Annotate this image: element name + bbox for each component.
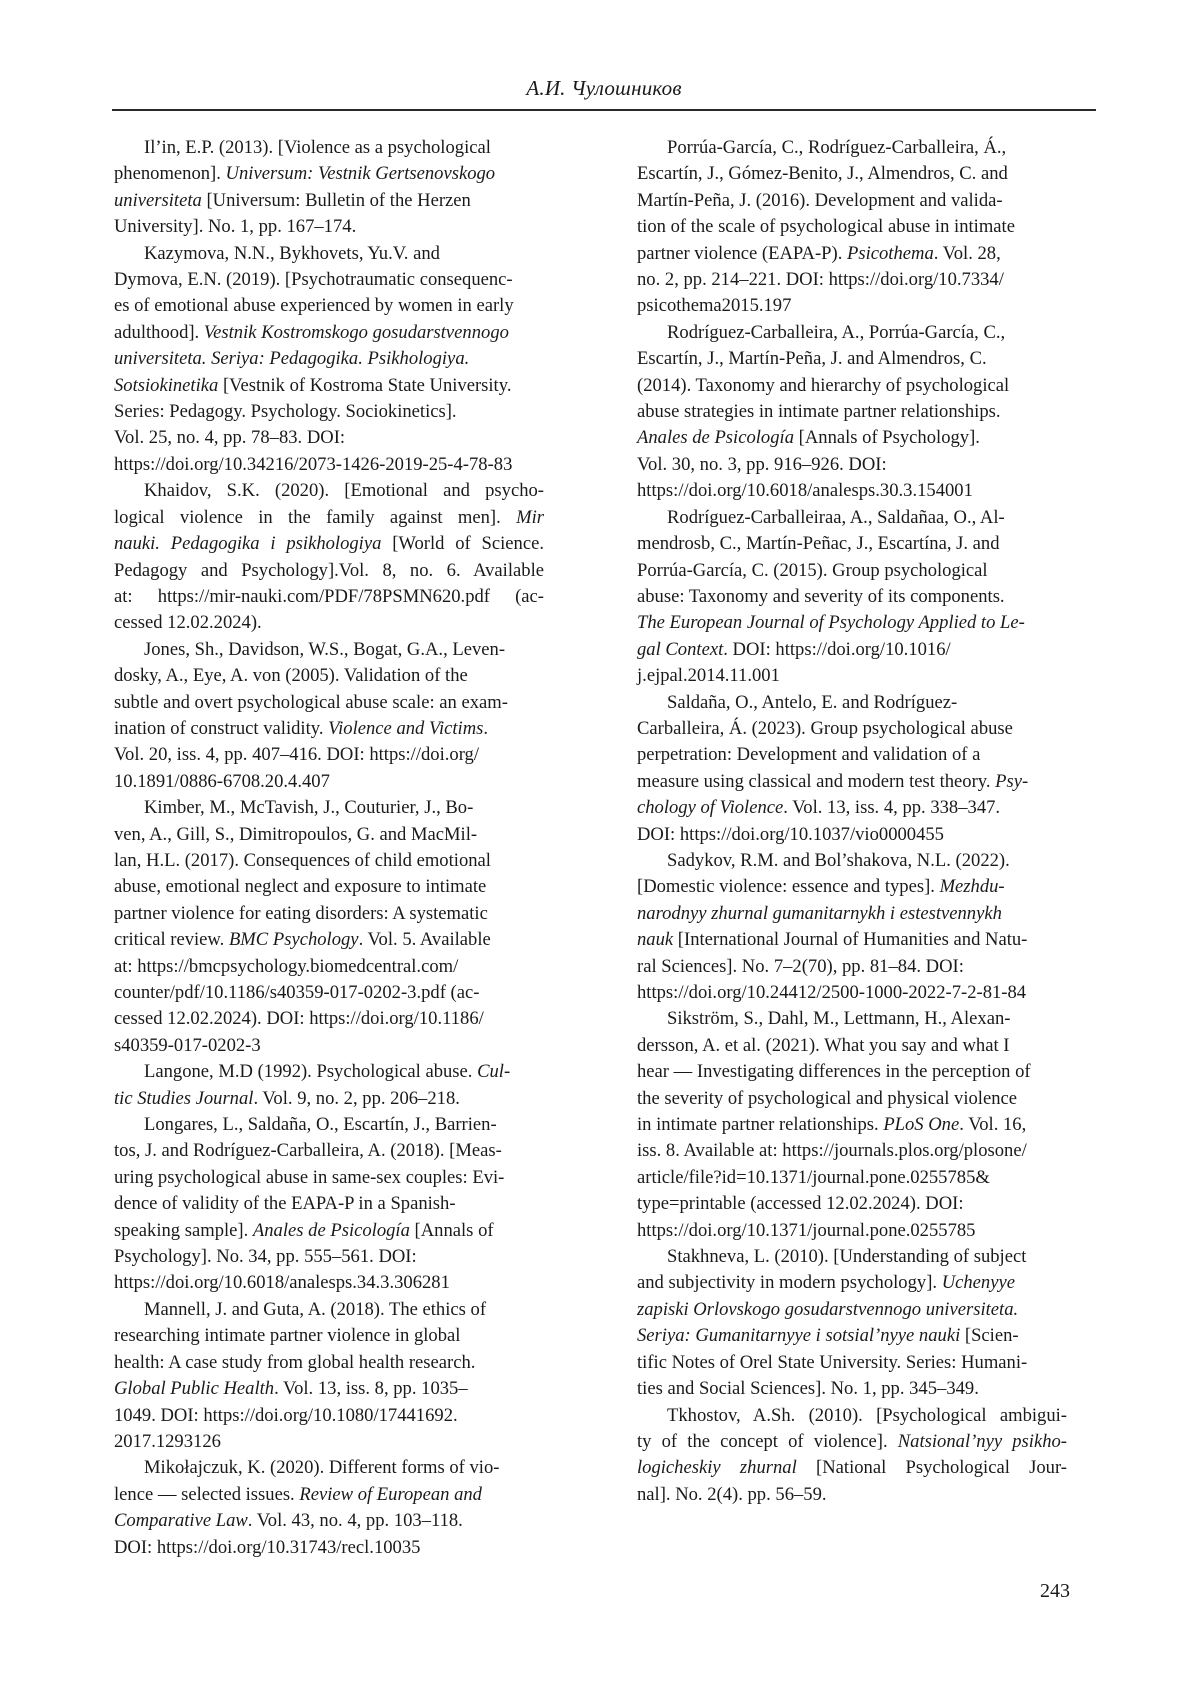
text-segment: ties and Social Sciences]. No. 1, pp. 34…: [637, 1378, 979, 1399]
reference-line: University]. No. 1, pp. 167–174.: [114, 214, 544, 240]
reference-line: Jones, Sh., Davidson, W.S., Bogat, G.A.,…: [114, 637, 544, 663]
reference-line: abuse, emotional neglect and exposure to…: [114, 874, 544, 900]
text-segment: Martín-Peña, J. (2016). Development and …: [637, 190, 1003, 211]
reference-line: critical review. BMC Psychology. Vol. 5.…: [114, 927, 544, 953]
reference-entry: Stakhneva, L. (2010). [Understanding of …: [637, 1244, 1067, 1402]
text-segment: dersson, A. et al. (2021). What you say …: [637, 1035, 1009, 1056]
text-segment: Rodríguez-Carballeiraa, A., Saldañaa, O.…: [667, 507, 1005, 528]
text-segment: [World of Science.: [381, 533, 544, 554]
reference-line: logical violence in the family against m…: [114, 505, 544, 531]
text-segment: [International Journal of Humanities and…: [673, 929, 1027, 950]
italic-title-segment: nauk: [637, 929, 673, 950]
reference-line: dence of validity of the EAPA-P in a Spa…: [114, 1191, 544, 1217]
text-segment: phenomenon].: [114, 163, 226, 184]
reference-line: Porrúa-García, C., Rodríguez-Carballeira…: [637, 135, 1067, 161]
reference-line: Vol. 30, no. 3, pp. 916–926. DOI:: [637, 452, 1067, 478]
reference-line: in intimate partner relationships. PLoS …: [637, 1112, 1067, 1138]
text-segment: at: https://mir-nauki.com/PDF/78PSMN620.…: [114, 586, 544, 607]
text-segment: and subjectivity in modern psychology].: [637, 1272, 942, 1293]
reference-line: [Domestic violence: essence and types]. …: [637, 874, 1067, 900]
text-segment: (2014). Taxonomy and hierarchy of psycho…: [637, 375, 1009, 396]
text-segment: Mannell, J. and Guta, A. (2018). The eth…: [144, 1299, 486, 1320]
reference-line: Pedagogy and Psychology].Vol. 8, no. 6. …: [114, 558, 544, 584]
text-segment: lan, H.L. (2017). Consequences of child …: [114, 850, 491, 871]
text-segment: nal]. No. 2(4). pp. 56–59.: [637, 1484, 827, 1505]
text-segment: in intimate partner relationships.: [637, 1114, 883, 1135]
header-rule: [112, 109, 1096, 111]
reference-line: measure using classical and modern test …: [637, 769, 1067, 795]
reference-line: Sotsiokinetika [Vestnik of Kostroma Stat…: [114, 373, 544, 399]
reference-line: dersson, A. et al. (2021). What you say …: [637, 1033, 1067, 1059]
reference-line: es of emotional abuse experienced by wom…: [114, 293, 544, 319]
reference-line: (2014). Taxonomy and hierarchy of psycho…: [637, 373, 1067, 399]
text-segment: Rodríguez-Carballeira, A., Porrúa-García…: [667, 322, 1005, 343]
italic-title-segment: Review of European and: [299, 1484, 482, 1505]
italic-title-segment: Psicothema: [847, 243, 934, 264]
text-segment: counter/pdf/10.1186/s40359-017-0202-3.pd…: [114, 982, 479, 1003]
reference-line: no. 2, pp. 214–221. DOI: https://doi.org…: [637, 267, 1067, 293]
text-segment: Stakhneva, L. (2010). [Understanding of …: [667, 1246, 1026, 1267]
reference-list-left-column: Il’in, E.P. (2013). [Violence as a psych…: [114, 135, 544, 1561]
text-segment: measure using classical and modern test …: [637, 771, 995, 792]
text-segment: . Vol. 13, iss. 4, pp. 338–347.: [783, 797, 1000, 818]
italic-title-segment: The European Journal of Psychology Appli…: [637, 612, 1025, 633]
text-segment: . Vol. 43, no. 4, pp. 103–118.: [248, 1510, 463, 1531]
reference-entry: Rodríguez-Carballeira, A., Porrúa-García…: [637, 320, 1067, 505]
text-segment: Psychology]. No. 34, pp. 555–561. DOI:: [114, 1246, 417, 1267]
text-segment: ven, A., Gill, S., Dimitropoulos, G. and…: [114, 824, 477, 845]
reference-line: Carballeira, Á. (2023). Group psychologi…: [637, 716, 1067, 742]
reference-line: lan, H.L. (2017). Consequences of child …: [114, 848, 544, 874]
reference-line: Porrúa-García, C. (2015). Group psycholo…: [637, 558, 1067, 584]
italic-title-segment: Anales de Psicología: [253, 1220, 410, 1241]
reference-line: gal Context. DOI: https://doi.org/10.101…: [637, 637, 1067, 663]
page-number: 243: [1040, 1580, 1070, 1603]
text-segment: tos, J. and Rodríguez-Carballeira, A. (2…: [114, 1140, 502, 1161]
text-segment: Tkhostov, A.Sh. (2010). [Psychological a…: [667, 1405, 1067, 1426]
reference-line: narodnyy zhurnal gumanitarnykh i estestv…: [637, 901, 1067, 927]
text-segment: Porrúa-García, C. (2015). Group psycholo…: [637, 560, 988, 581]
reference-line: dosky, A., Eye, A. von (2005). Validatio…: [114, 663, 544, 689]
reference-line: abuse strategies in intimate partner rel…: [637, 399, 1067, 425]
reference-line: ination of construct validity. Violence …: [114, 716, 544, 742]
reference-line: nal]. No. 2(4). pp. 56–59.: [637, 1482, 1067, 1508]
text-segment: 10.1891/0886-6708.20.4.407: [114, 771, 330, 792]
text-segment: partner violence for eating disorders: A…: [114, 903, 488, 924]
reference-entry: Saldaña, O., Antelo, E. and Rodríguez-Ca…: [637, 690, 1067, 848]
reference-line: 2017.1293126: [114, 1429, 544, 1455]
text-segment: https://doi.org/10.6018/analesps.30.3.15…: [637, 480, 973, 501]
text-segment: psicothema2015.197: [637, 295, 791, 316]
reference-line: Seriya: Gumanitarnyye i sotsial’nyye nau…: [637, 1323, 1067, 1349]
text-segment: Escartín, J., Gómez-Benito, J., Almendro…: [637, 163, 1008, 184]
text-segment: no. 2, pp. 214–221. DOI: https://doi.org…: [637, 269, 1004, 290]
text-segment: . Vol. 16,: [959, 1114, 1026, 1135]
text-segment: https://doi.org/10.34216/2073-1426-2019-…: [114, 454, 512, 475]
text-segment: adulthood].: [114, 322, 204, 343]
reference-line: iss. 8. Available at: https://journals.p…: [637, 1138, 1067, 1164]
text-segment: health: A case study from global health …: [114, 1352, 475, 1373]
reference-line: abuse: Taxonomy and severity of its comp…: [637, 584, 1067, 610]
reference-line: Sadykov, R.M. and Bol’shakova, N.L. (202…: [637, 848, 1067, 874]
reference-line: Longares, L., Saldaña, O., Escartín, J.,…: [114, 1112, 544, 1138]
reference-line: https://doi.org/10.24412/2500-1000-2022-…: [637, 980, 1067, 1006]
reference-entry: Tkhostov, A.Sh. (2010). [Psychological a…: [637, 1403, 1067, 1509]
text-segment: at: https://bmcpsychology.biomedcentral.…: [114, 956, 458, 977]
text-segment: lence — selected issues.: [114, 1484, 299, 1505]
reference-line: at: https://mir-nauki.com/PDF/78PSMN620.…: [114, 584, 544, 610]
reference-line: Escartín, J., Gómez-Benito, J., Almendro…: [637, 161, 1067, 187]
reference-line: nauk [International Journal of Humanitie…: [637, 927, 1067, 953]
text-segment: ty of the concept of violence].: [637, 1431, 898, 1452]
italic-title-segment: Psy-: [995, 771, 1028, 792]
reference-entry: Mannell, J. and Guta, A. (2018). The eth…: [114, 1297, 544, 1455]
reference-entry: Rodríguez-Carballeiraa, A., Saldañaa, O.…: [637, 505, 1067, 690]
reference-line: speaking sample]. Anales de Psicología […: [114, 1218, 544, 1244]
reference-entry: Longares, L., Saldaña, O., Escartín, J.,…: [114, 1112, 544, 1297]
reference-line: The European Journal of Psychology Appli…: [637, 610, 1067, 636]
text-segment: tion of the scale of psychological abuse…: [637, 216, 1015, 237]
text-segment: 1049. DOI: https://doi.org/10.1080/17441…: [114, 1405, 458, 1426]
reference-line: zapiski Orlovskogo gosudarstvennogo univ…: [637, 1297, 1067, 1323]
text-segment: mendrosb, C., Martín-Peñac, J., Escartín…: [637, 533, 1000, 554]
italic-title-segment: nauki. Pedagogika i psikhologiya: [114, 533, 381, 554]
running-header-author: А.И. Чулошников: [112, 76, 1096, 101]
text-segment: Longares, L., Saldaña, O., Escartín, J.,…: [144, 1114, 497, 1135]
text-segment: . Vol. 5. Available: [359, 929, 491, 950]
reference-line: mendrosb, C., Martín-Peñac, J., Escartín…: [637, 531, 1067, 557]
text-segment: Series: Pedagogy. Psychology. Sociokinet…: [114, 401, 457, 422]
reference-line: 1049. DOI: https://doi.org/10.1080/17441…: [114, 1403, 544, 1429]
reference-line: partner violence (EAPA-P). Psicothema. V…: [637, 241, 1067, 267]
reference-line: Mannell, J. and Guta, A. (2018). The eth…: [114, 1297, 544, 1323]
italic-title-segment: universiteta. Seriya: Pedagogika. Psikho…: [114, 348, 469, 369]
text-segment: Kazymova, N.N., Bykhovets, Yu.V. and: [144, 243, 440, 264]
reference-line: partner violence for eating disorders: A…: [114, 901, 544, 927]
reference-line: DOI: https://doi.org/10.1037/vio0000455: [637, 822, 1067, 848]
text-segment: dence of validity of the EAPA-P in a Spa…: [114, 1193, 456, 1214]
italic-title-segment: Mir: [516, 507, 544, 528]
text-segment: ral Sciences]. No. 7–2(70), pp. 81–84. D…: [637, 956, 964, 977]
italic-title-segment: Vestnik Kostromskogo gosudarstvennogo: [204, 322, 509, 343]
reference-line: type=printable (accessed 12.02.2024). DO…: [637, 1191, 1067, 1217]
italic-title-segment: zapiski Orlovskogo gosudarstvennogo univ…: [637, 1299, 1018, 1320]
italic-title-segment: tic Studies Journal: [114, 1088, 253, 1109]
reference-entry: Sadykov, R.M. and Bol’shakova, N.L. (202…: [637, 848, 1067, 1006]
reference-line: the severity of psychological and physic…: [637, 1086, 1067, 1112]
reference-line: nauki. Pedagogika i psikhologiya [World …: [114, 531, 544, 557]
reference-line: psicothema2015.197: [637, 293, 1067, 319]
reference-line: Langone, M.D (1992). Psychological abuse…: [114, 1059, 544, 1085]
reference-line: uring psychological abuse in same-sex co…: [114, 1165, 544, 1191]
italic-title-segment: Natsional’nyy psikho-: [898, 1431, 1067, 1452]
reference-line: subtle and overt psychological abuse sca…: [114, 690, 544, 716]
reference-line: Sikström, S., Dahl, M., Lettmann, H., Al…: [637, 1006, 1067, 1032]
reference-line: Psychology]. No. 34, pp. 555–561. DOI:: [114, 1244, 544, 1270]
italic-title-segment: Mezhdu-: [940, 876, 1005, 897]
italic-title-segment: Anales de Psicología: [637, 427, 794, 448]
reference-line: https://doi.org/10.6018/analesps.34.3.30…: [114, 1270, 544, 1296]
text-segment: article/file?id=10.1371/journal.pone.025…: [637, 1167, 990, 1188]
text-segment: Vol. 30, no. 3, pp. 916–926. DOI:: [637, 454, 887, 475]
text-segment: speaking sample].: [114, 1220, 253, 1241]
reference-line: ven, A., Gill, S., Dimitropoulos, G. and…: [114, 822, 544, 848]
reference-line: Khaidov, S.K. (2020). [Emotional and psy…: [114, 478, 544, 504]
reference-entry: Jones, Sh., Davidson, W.S., Bogat, G.A.,…: [114, 637, 544, 795]
reference-line: https://doi.org/10.34216/2073-1426-2019-…: [114, 452, 544, 478]
reference-entry: Il’in, E.P. (2013). [Violence as a psych…: [114, 135, 544, 241]
text-segment: iss. 8. Available at: https://journals.p…: [637, 1140, 1027, 1161]
text-segment: researching intimate partner violence in…: [114, 1325, 460, 1346]
reference-line: Mikołajczuk, K. (2020). Different forms …: [114, 1455, 544, 1481]
reference-entry: Kimber, M., McTavish, J., Couturier, J.,…: [114, 795, 544, 1059]
text-segment: Langone, M.D (1992). Psychological abuse…: [144, 1061, 477, 1082]
text-segment: Escartín, J., Martín-Peña, J. and Almend…: [637, 348, 987, 369]
reference-line: Rodríguez-Carballeiraa, A., Saldañaa, O.…: [637, 505, 1067, 531]
reference-line: Saldaña, O., Antelo, E. and Rodríguez-: [637, 690, 1067, 716]
reference-line: tific Notes of Orel State University. Se…: [637, 1350, 1067, 1376]
text-segment: DOI: https://doi.org/10.31743/recl.10035: [114, 1537, 420, 1558]
reference-entry: Langone, M.D (1992). Psychological abuse…: [114, 1059, 544, 1112]
text-segment: cessed 12.02.2024). DOI: https://doi.org…: [114, 1008, 484, 1029]
reference-line: lence — selected issues. Review of Europ…: [114, 1482, 544, 1508]
reference-line: ral Sciences]. No. 7–2(70), pp. 81–84. D…: [637, 954, 1067, 980]
reference-entry: Mikołajczuk, K. (2020). Different forms …: [114, 1455, 544, 1561]
reference-line: chology of Violence. Vol. 13, iss. 4, pp…: [637, 795, 1067, 821]
reference-line: researching intimate partner violence in…: [114, 1323, 544, 1349]
italic-title-segment: Global Public Health: [114, 1378, 274, 1399]
text-segment: Dymova, E.N. (2019). [Psychotraumatic co…: [114, 269, 513, 290]
reference-entry: Porrúa-García, C., Rodríguez-Carballeira…: [637, 135, 1067, 320]
italic-title-segment: Comparative Law: [114, 1510, 248, 1531]
reference-line: perpetration: Development and validation…: [637, 742, 1067, 768]
text-segment: Sadykov, R.M. and Bol’shakova, N.L. (202…: [667, 850, 1010, 871]
italic-title-segment: Uchenyye: [942, 1272, 1015, 1293]
text-segment: Mikołajczuk, K. (2020). Different forms …: [144, 1457, 499, 1478]
text-segment: j.ejpal.2014.11.001: [637, 665, 780, 686]
text-segment: https://doi.org/10.6018/analesps.34.3.30…: [114, 1272, 450, 1293]
italic-title-segment: Seriya: Gumanitarnyye i sotsial’nyye nau…: [637, 1325, 960, 1346]
reference-line: Comparative Law. Vol. 43, no. 4, pp. 103…: [114, 1508, 544, 1534]
text-segment: Carballeira, Á. (2023). Group psychologi…: [637, 718, 1013, 739]
text-segment: es of emotional abuse experienced by wom…: [114, 295, 514, 316]
text-segment: DOI: https://doi.org/10.1037/vio0000455: [637, 824, 944, 845]
reference-line: phenomenon]. Universum: Vestnik Gertseno…: [114, 161, 544, 187]
text-segment: [Annals of Psychology].: [794, 427, 980, 448]
text-segment: the severity of psychological and physic…: [637, 1088, 1017, 1109]
reference-list-right-column: Porrúa-García, C., Rodríguez-Carballeira…: [637, 135, 1067, 1508]
reference-line: j.ejpal.2014.11.001: [637, 663, 1067, 689]
text-segment: . Vol. 28,: [934, 243, 1001, 264]
text-segment: partner violence (EAPA-P).: [637, 243, 847, 264]
reference-line: DOI: https://doi.org/10.31743/recl.10035: [114, 1535, 544, 1561]
reference-line: article/file?id=10.1371/journal.pone.025…: [637, 1165, 1067, 1191]
text-segment: 2017.1293126: [114, 1431, 221, 1452]
italic-title-segment: chology of Violence: [637, 797, 783, 818]
text-segment: abuse strategies in intimate partner rel…: [637, 401, 1001, 422]
text-segment: critical review.: [114, 929, 229, 950]
text-segment: Saldaña, O., Antelo, E. and Rodríguez-: [667, 692, 957, 713]
reference-line: ty of the concept of violence]. Natsiona…: [637, 1429, 1067, 1455]
italic-title-segment: logicheskiy zhurnal: [637, 1457, 797, 1478]
reference-line: Vol. 20, iss. 4, pp. 407–416. DOI: https…: [114, 742, 544, 768]
reference-line: logicheskiy zhurnal [National Psychologi…: [637, 1455, 1067, 1481]
reference-line: https://doi.org/10.1371/journal.pone.025…: [637, 1218, 1067, 1244]
text-segment: uring psychological abuse in same-sex co…: [114, 1167, 504, 1188]
text-segment: perpetration: Development and validation…: [637, 744, 980, 765]
reference-line: Series: Pedagogy. Psychology. Sociokinet…: [114, 399, 544, 425]
reference-line: Kimber, M., McTavish, J., Couturier, J.,…: [114, 795, 544, 821]
reference-line: Tkhostov, A.Sh. (2010). [Psychological a…: [637, 1403, 1067, 1429]
reference-line: Dymova, E.N. (2019). [Psychotraumatic co…: [114, 267, 544, 293]
reference-line: adulthood]. Vestnik Kostromskogo gosudar…: [114, 320, 544, 346]
reference-entry: Khaidov, S.K. (2020). [Emotional and psy…: [114, 478, 544, 636]
text-segment: cessed 12.02.2024).: [114, 612, 262, 633]
reference-line: cessed 12.02.2024). DOI: https://doi.org…: [114, 1006, 544, 1032]
reference-line: ties and Social Sciences]. No. 1, pp. 34…: [637, 1376, 1067, 1402]
reference-line: Rodríguez-Carballeira, A., Porrúa-García…: [637, 320, 1067, 346]
text-segment: [Scien-: [960, 1325, 1018, 1346]
reference-line: and subjectivity in modern psychology]. …: [637, 1270, 1067, 1296]
text-segment: https://doi.org/10.24412/2500-1000-2022-…: [637, 982, 1026, 1003]
text-segment: Jones, Sh., Davidson, W.S., Bogat, G.A.,…: [144, 639, 505, 660]
reference-line: Il’in, E.P. (2013). [Violence as a psych…: [114, 135, 544, 161]
text-segment: abuse, emotional neglect and exposure to…: [114, 876, 486, 897]
text-segment: Vol. 25, no. 4, pp. 78–83. DOI:: [114, 427, 345, 448]
italic-title-segment: gal Context: [637, 639, 723, 660]
text-segment: . Vol. 13, iss. 8, pp. 1035–: [274, 1378, 468, 1399]
reference-line: Anales de Psicología [Annals of Psycholo…: [637, 425, 1067, 451]
reference-entry: Kazymova, N.N., Bykhovets, Yu.V. andDymo…: [114, 241, 544, 479]
text-segment: type=printable (accessed 12.02.2024). DO…: [637, 1193, 963, 1214]
reference-line: Stakhneva, L. (2010). [Understanding of …: [637, 1244, 1067, 1270]
italic-title-segment: BMC Psychology: [229, 929, 359, 950]
text-segment: . DOI: https://doi.org/10.1016/: [723, 639, 950, 660]
italic-title-segment: Sotsiokinetika: [114, 375, 218, 396]
text-segment: University]. No. 1, pp. 167–174.: [114, 216, 356, 237]
text-segment: Vol. 20, iss. 4, pp. 407–416. DOI: https…: [114, 744, 479, 765]
text-segment: Kimber, M., McTavish, J., Couturier, J.,…: [144, 797, 473, 818]
italic-title-segment: Universum: Vestnik Gertsenovskogo: [226, 163, 496, 184]
text-segment: [Universum: Bulletin of the Herzen: [202, 190, 471, 211]
text-segment: [Annals of: [410, 1220, 494, 1241]
reference-entry: Sikström, S., Dahl, M., Lettmann, H., Al…: [637, 1006, 1067, 1244]
italic-title-segment: Cul-: [477, 1061, 510, 1082]
reference-line: s40359-017-0202-3: [114, 1033, 544, 1059]
text-segment: logical violence in the family against m…: [114, 507, 516, 528]
reference-line: https://doi.org/10.6018/analesps.30.3.15…: [637, 478, 1067, 504]
text-segment: Porrúa-García, C., Rodríguez-Carballeira…: [667, 137, 1006, 158]
reference-line: cessed 12.02.2024).: [114, 610, 544, 636]
text-segment: tific Notes of Orel State University. Se…: [637, 1352, 1027, 1373]
reference-line: tion of the scale of psychological abuse…: [637, 214, 1067, 240]
text-segment: Il’in, E.P. (2013). [Violence as a psych…: [144, 137, 491, 158]
text-segment: Sikström, S., Dahl, M., Lettmann, H., Al…: [667, 1008, 1010, 1029]
text-segment: Khaidov, S.K. (2020). [Emotional and psy…: [144, 480, 544, 501]
reference-line: Martín-Peña, J. (2016). Development and …: [637, 188, 1067, 214]
reference-line: Vol. 25, no. 4, pp. 78–83. DOI:: [114, 425, 544, 451]
italic-title-segment: Violence and Victims: [328, 718, 483, 739]
reference-line: tos, J. and Rodríguez-Carballeira, A. (2…: [114, 1138, 544, 1164]
reference-line: at: https://bmcpsychology.biomedcentral.…: [114, 954, 544, 980]
reference-line: universiteta [Universum: Bulletin of the…: [114, 188, 544, 214]
text-segment: [Domestic violence: essence and types].: [637, 876, 940, 897]
text-segment: subtle and overt psychological abuse sca…: [114, 692, 508, 713]
text-segment: . Vol. 9, no. 2, pp. 206–218.: [253, 1088, 459, 1109]
italic-title-segment: universiteta: [114, 190, 202, 211]
text-segment: .: [483, 718, 488, 739]
text-segment: https://doi.org/10.1371/journal.pone.025…: [637, 1220, 975, 1241]
reference-line: tic Studies Journal. Vol. 9, no. 2, pp. …: [114, 1086, 544, 1112]
text-segment: ination of construct validity.: [114, 718, 328, 739]
reference-line: health: A case study from global health …: [114, 1350, 544, 1376]
text-segment: hear — Investigating differences in the …: [637, 1061, 1031, 1082]
reference-line: Kazymova, N.N., Bykhovets, Yu.V. and: [114, 241, 544, 267]
reference-line: Escartín, J., Martín-Peña, J. and Almend…: [637, 346, 1067, 372]
italic-title-segment: narodnyy zhurnal gumanitarnykh i estestv…: [637, 903, 1002, 924]
text-segment: Pedagogy and Psychology].Vol. 8, no. 6. …: [114, 560, 544, 581]
italic-title-segment: PLoS One: [883, 1114, 959, 1135]
text-segment: dosky, A., Eye, A. von (2005). Validatio…: [114, 665, 468, 686]
text-segment: abuse: Taxonomy and severity of its comp…: [637, 586, 1005, 607]
reference-line: Global Public Health. Vol. 13, iss. 8, p…: [114, 1376, 544, 1402]
text-segment: [National Psychological Jour-: [797, 1457, 1067, 1478]
reference-line: universiteta. Seriya: Pedagogika. Psikho…: [114, 346, 544, 372]
text-segment: s40359-017-0202-3: [114, 1035, 261, 1056]
reference-line: 10.1891/0886-6708.20.4.407: [114, 769, 544, 795]
reference-line: hear — Investigating differences in the …: [637, 1059, 1067, 1085]
text-segment: [Vestnik of Kostroma State University.: [218, 375, 511, 396]
reference-line: counter/pdf/10.1186/s40359-017-0202-3.pd…: [114, 980, 544, 1006]
